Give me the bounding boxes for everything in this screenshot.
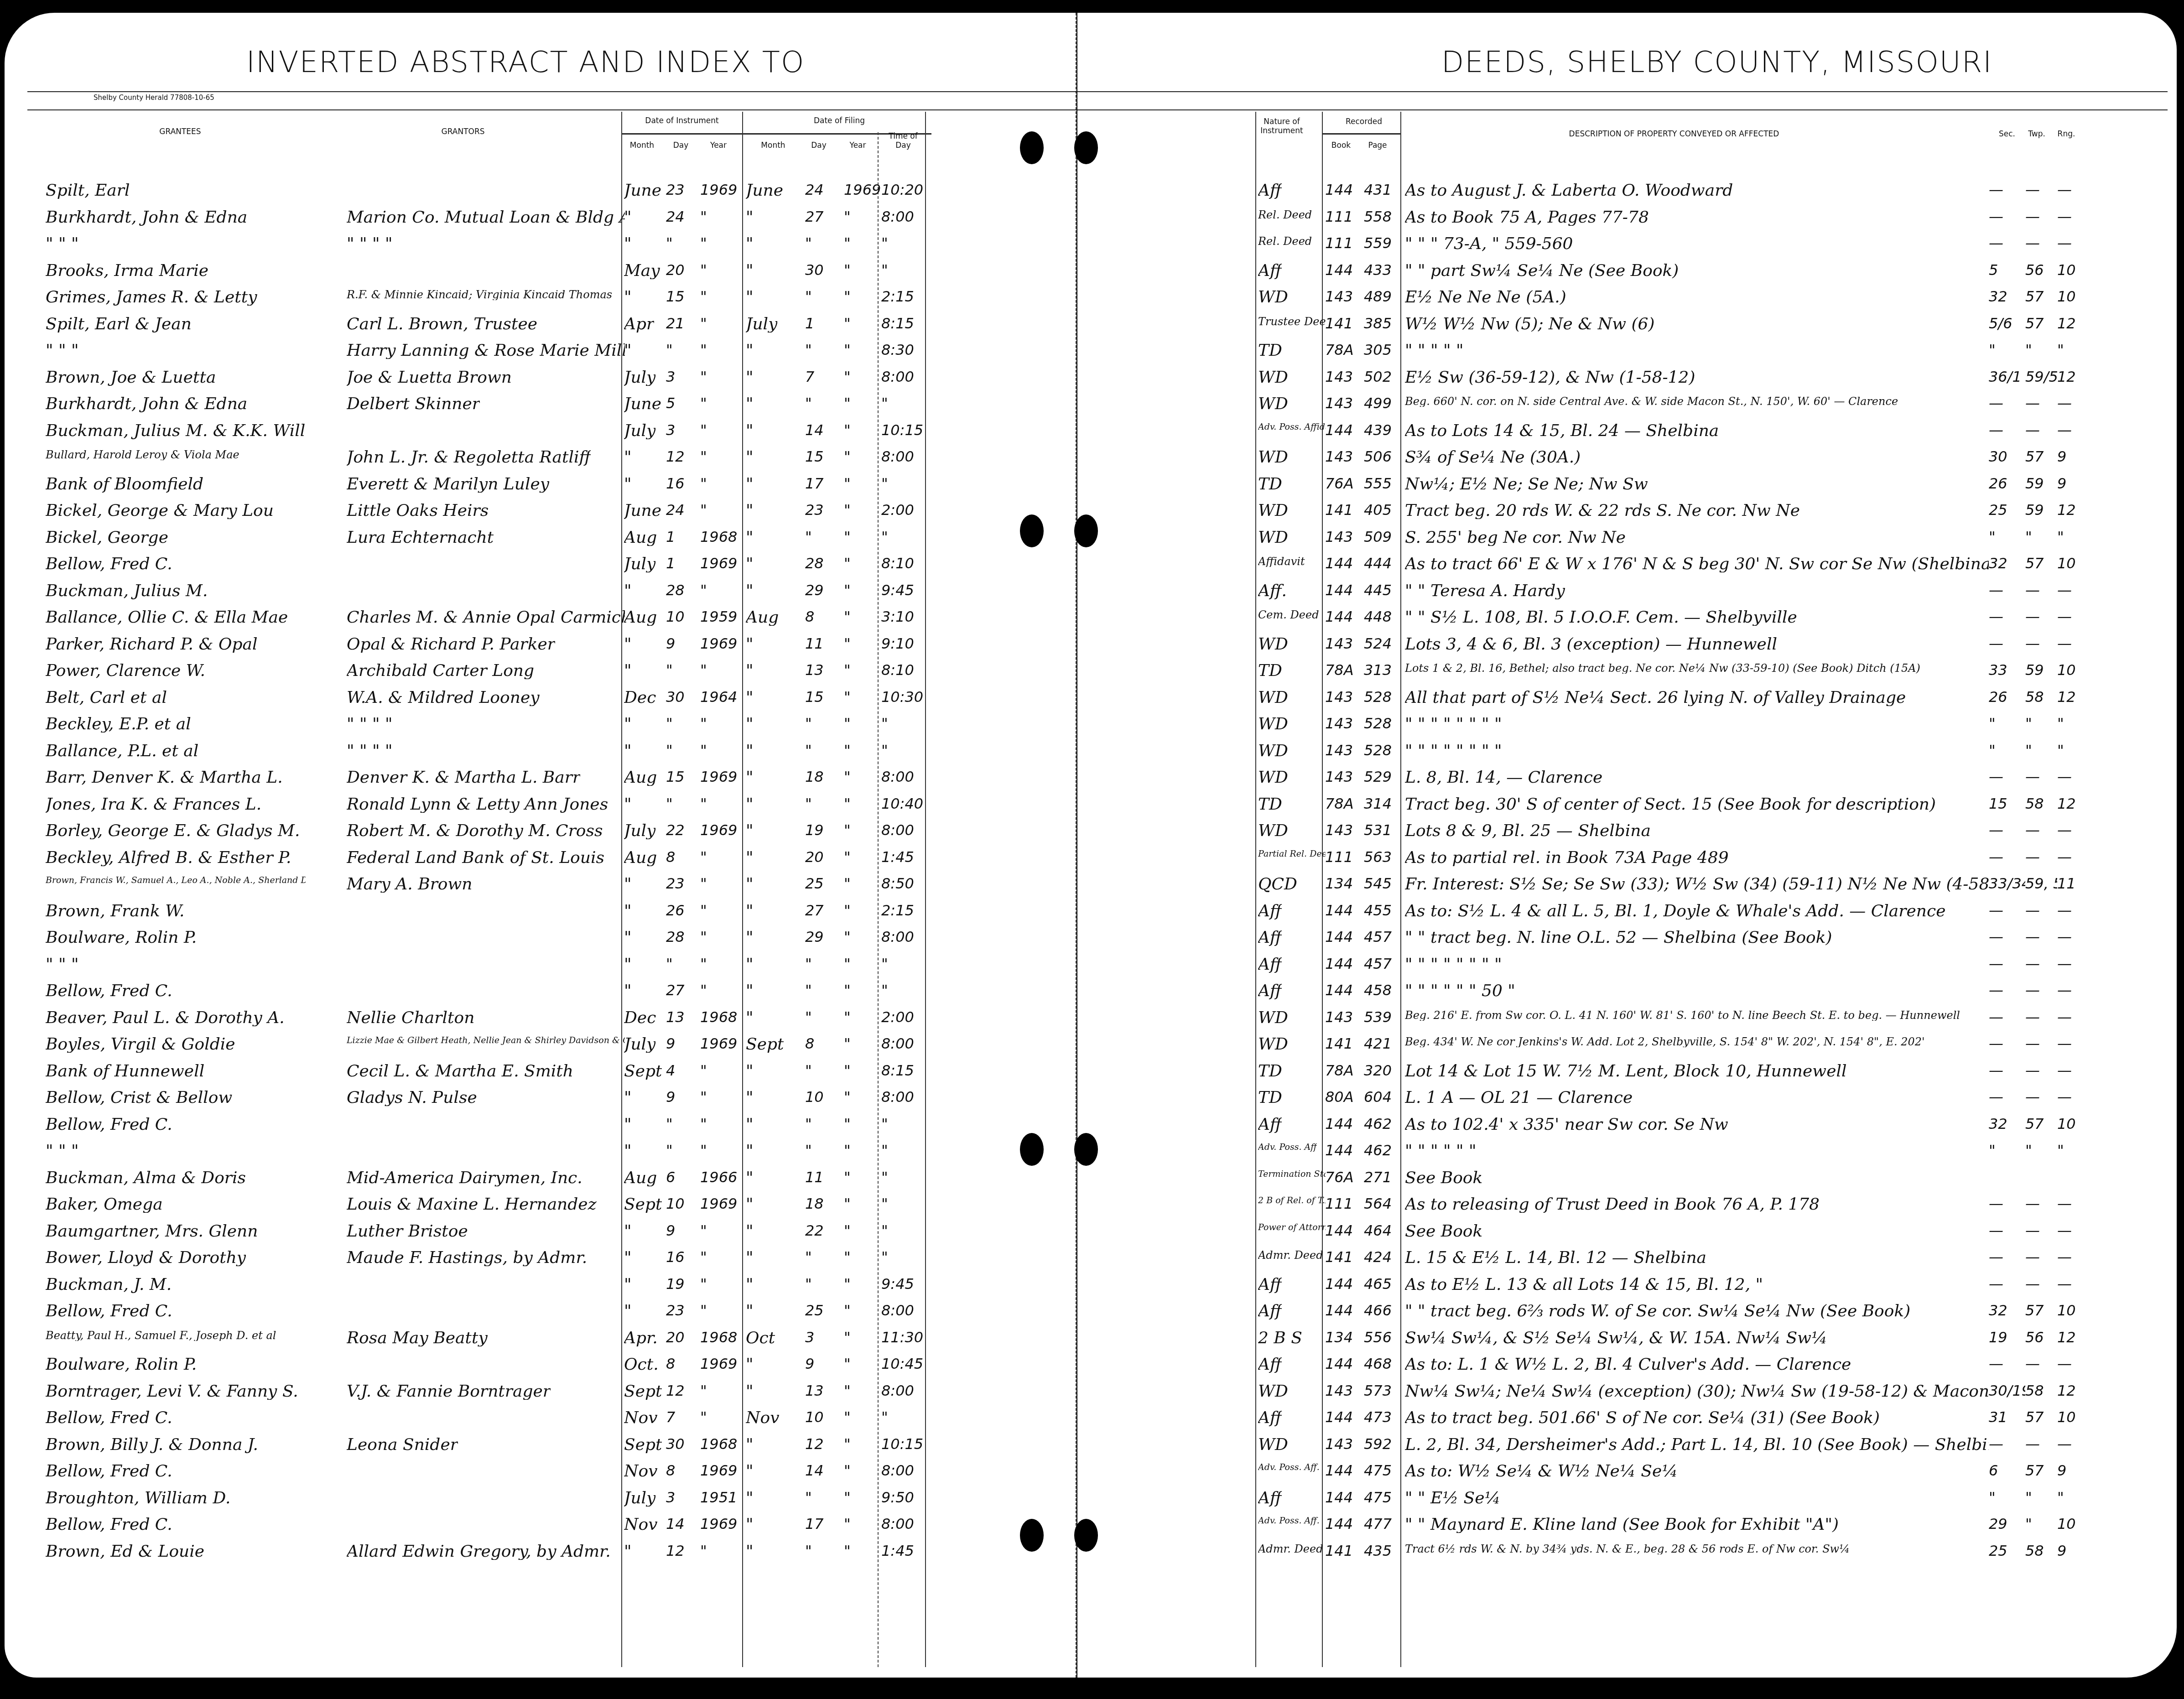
description-cell: L. 2, Bl. 34, Dersheimer's Add.; Part L.… [1405,1437,1989,1453]
filing-day-cell: 25 [805,1303,824,1318]
nature-cell: Adv. Poss. Affidavit [1258,423,1326,431]
page-cell: 539 [1364,1010,1392,1024]
filing-month-cell: " [746,690,754,706]
grantor-cell: Mary A. Brown [347,876,473,893]
filing-year-cell: " [844,1463,851,1478]
instrument-year-cell: " [700,903,707,918]
filing-year-cell: " [844,903,851,918]
sec-cell: 26 [1989,476,2007,491]
filing-month-cell: " [746,1250,754,1266]
rng-header: Rng. [2053,130,2080,139]
description-cell: " " tract beg. 6⅔ rods W. of Se cor. Sw¼… [1405,1303,1910,1320]
time-of-day-cell: " [881,1117,888,1131]
grantee-cell: Ballance, Ollie C. & Ella Mae [46,609,288,626]
book-cell: 134 [1325,1330,1353,1345]
instrument-day-cell: 1 [666,556,675,571]
description-cell: S¾ of Se¼ Ne (30A.) [1405,449,1581,466]
filing-year-cell: " [844,956,851,971]
rng-cell: — [2057,1277,2072,1291]
filing-year-cell: " [844,263,851,277]
instrument-month-cell: " [624,1303,632,1320]
binder-hole [1074,1519,1098,1552]
sec-cell: 25 [1989,1543,2007,1558]
book-cell: 144 [1325,1517,1353,1531]
filing-year-cell: " [844,1490,851,1505]
instrument-month-cell: Nov [624,1517,658,1533]
instrument-month-cell: " [624,1117,632,1133]
nature-cell: Aff [1258,903,1282,920]
rng-cell: — [2057,609,2072,624]
instrument-year-cell: " [700,316,707,331]
twp-cell: — [2025,423,2040,437]
time-of-day-cell: " [881,1410,888,1424]
filing-day-cell: " [805,343,812,357]
page-cell: 314 [1364,796,1392,811]
sec-cell: — [1989,1250,2003,1264]
instrument-month-cell: " [624,796,632,813]
book-cell: 143 [1325,1383,1353,1398]
instrument-day-cell: 20 [666,263,685,277]
filing-year-cell: " [844,636,851,651]
filing-day-cell: " [805,1277,812,1291]
time-of-day-cell: " [881,263,888,277]
instrument-month-cell: May [624,263,660,279]
instrument-year-cell: " [700,983,707,998]
description-cell: " " Maynard E. Kline land (See Book for … [1405,1517,1839,1533]
instrument-month-cell: " [624,583,632,599]
time-of-day-cell: 2:00 [881,1010,914,1024]
time-of-day-cell: 8:10 [881,556,914,571]
time-of-day-cell: 2:15 [881,903,914,918]
twp-cell: 59 [2025,663,2044,677]
twp-cell: — [2025,182,2040,197]
instrument-day-cell: " [666,1117,673,1131]
instrument-month-cell: " [624,663,632,679]
filing-day-cell: " [805,956,812,971]
page-cell: 457 [1364,956,1392,971]
sec-cell: — [1989,1090,2003,1104]
rng-cell: 11 [2057,876,2076,891]
description-cell: As to releasing of Trust Deed in Book 76… [1405,1196,1820,1213]
page-cell: 604 [1364,1090,1392,1104]
grantor-cell: Nellie Charlton [347,1010,474,1026]
instrument-day-cell: " [666,743,673,758]
instrument-day-cell: 1 [666,530,675,544]
grantor-cell: Leona Snider [347,1437,458,1453]
filing-month-cell: " [746,983,754,999]
filing-day-cell: " [805,796,812,811]
twp-cell: " [2025,1143,2032,1158]
grantee-cell: Brown, Ed & Louie [46,1543,204,1560]
instrument-month-cell: " [624,983,632,999]
filing-month-cell: " [746,396,754,412]
sec-header: Sec. [1993,130,2021,139]
instrument-month-cell: " [624,209,632,226]
filing-day-cell: 30 [805,263,824,277]
book-cell: 141 [1325,1543,1353,1558]
rng-cell: — [2057,1356,2072,1371]
instrument-day-cell: 9 [666,636,675,651]
filing-year-cell: " [844,476,851,491]
instrument-year-cell: " [700,1090,707,1104]
grantee-cell: Bellow, Fred C. [46,1303,172,1320]
instrument-year-cell: 1968 [700,530,737,544]
page-cell: 473 [1364,1410,1392,1424]
filing-year-cell: " [844,823,851,837]
rng-cell: " [2057,1490,2064,1505]
rng-cell: 10 [2057,1410,2076,1424]
page-cell: 313 [1364,663,1392,677]
instrument-day-cell: 3 [666,369,675,384]
filing-month-cell: " [746,1063,754,1080]
book-cell: 144 [1325,1410,1353,1424]
description-cell: As to August J. & Laberta O. Woodward [1405,182,1733,199]
nature-cell: WD [1258,716,1288,733]
filing-year-cell: " [844,930,851,944]
book-cell: 144 [1325,1143,1353,1158]
grantee-cell: Buckman, Alma & Doris [46,1170,246,1186]
sec-cell: " [1989,343,1996,357]
instrument-month-cell: " [624,289,632,306]
grantee-cell: Spilt, Earl [46,182,130,199]
page-cell: 524 [1364,636,1392,651]
filing-month-cell: " [746,1356,754,1373]
filing-year-cell: " [844,1277,851,1291]
filing-day-cell: " [805,1117,812,1131]
sec-cell: 30 [1989,449,2007,464]
header-rule [27,109,1076,110]
description-cell: E½ Ne Ne Ne (5A.) [1405,289,1566,306]
page-cell: 564 [1364,1196,1392,1211]
grantee-cell: Brown, Frank W. [46,903,184,920]
filing-month-cell: " [746,636,754,653]
filing-month-cell: " [746,743,754,759]
book-cell: 143 [1325,369,1353,384]
filing-day-cell: 18 [805,769,824,784]
filing-year-cell: " [844,1010,851,1024]
header-rule [27,91,1076,92]
grantor-cell: Rosa May Beatty [347,1330,488,1346]
filing-day-cell: " [805,530,812,544]
rng-cell: 9 [2057,449,2066,464]
filing-year-cell: " [844,1117,851,1131]
grantor-cell: Marion Co. Mutual Loan & Bldg Assn [347,209,625,226]
page-cell: 556 [1364,1330,1392,1345]
rng-cell: 9 [2057,476,2066,491]
instrument-month-cell: " [624,343,632,359]
page-cell: 545 [1364,876,1392,891]
nature-cell: WD [1258,289,1288,306]
filing-year-cell: " [844,556,851,571]
grantee-cell: Beckley, Alfred B. & Esther P. [46,850,291,866]
grantee-cell: Burkhardt, John & Edna [46,396,247,412]
grantor-cell: Carl L. Brown, Trustee [347,316,537,333]
time-of-day-cell: 2:15 [881,289,914,304]
page-cell: 558 [1364,209,1392,224]
grantee-cell: Belt, Carl et al [46,690,167,706]
recorded-header-rule [1323,133,1400,135]
sec-cell: " [1989,530,1996,544]
filing-day-cell: 15 [805,690,824,704]
filing-day-cell: 24 [805,182,824,197]
instrument-day-cell: 4 [666,1063,675,1078]
nature-cell: Adv. Poss. Aff. [1258,1463,1320,1472]
page-cell: 502 [1364,369,1392,384]
filing-day-cell: 10 [805,1090,824,1104]
grantee-cell: Grimes, James R. & Letty [46,289,257,306]
instrument-month-cell: Sept [624,1063,662,1080]
description-cell: L. 8, Bl. 14, — Clarence [1405,769,1602,786]
description-cell: Nw¼; E½ Ne; Se Ne; Nw Sw [1405,476,1648,493]
filing-day-cell: 17 [805,476,824,491]
description-cell: Lots 1 & 2, Bl. 16, Bethel; also tract b… [1405,663,1920,674]
instrument-month-cell: Oct. [624,1356,659,1373]
filing-day-cell: 29 [805,583,824,598]
grantee-cell: Spilt, Earl & Jean [46,316,192,333]
filing-month-cell: " [746,423,754,439]
twp-cell: — [2025,209,2040,224]
filing-month-cell: June [746,182,783,199]
instrument-year-cell: 1966 [700,1170,737,1185]
nature-cell: 2 B of Rel. of T.D. [1258,1196,1326,1205]
page-cell: 464 [1364,1223,1392,1238]
sec-cell: — [1989,236,2003,250]
filing-month-cell: " [746,1463,754,1480]
page-cell: 477 [1364,1517,1392,1531]
time-of-day-cell: 8:00 [881,930,914,944]
sec-cell: 36/1 [1989,369,2022,384]
sec-cell: — [1989,1437,2003,1451]
instrument-month-cell: Dec [624,1010,656,1026]
filing-day-cell: " [805,1490,812,1505]
sec-cell: — [1989,1356,2003,1371]
description-cell: " " " 73-A, " 559-560 [1405,236,1573,252]
page-cell: 448 [1364,609,1392,624]
rng-cell: — [2057,396,2072,410]
instrument-year-cell: 1969 [700,1463,737,1478]
nature-cell: WD [1258,636,1288,653]
instrument-month-cell: June [624,182,661,199]
description-cell: " " " " " " " " [1405,716,1502,733]
filing-day-cell: " [805,396,812,410]
filing-year-cell: " [844,1303,851,1318]
instrument-year-cell: " [700,369,707,384]
time-of-day-cell: 3:10 [881,609,914,624]
twp-cell: 57 [2025,289,2044,304]
description-cell: " " Teresa A. Hardy [1405,583,1565,599]
grantee-cell: Boulware, Rolin P. [46,930,197,946]
book-cell: 143 [1325,449,1353,464]
description-cell: " " E½ Se¼ [1405,1490,1500,1507]
grantee-cell: Bellow, Fred C. [46,1517,172,1533]
page-cell: 489 [1364,289,1392,304]
grantee-cell: Buckman, Julius M. & K.K. Willis [46,423,306,439]
grantor-cell: Harry Lanning & Rose Marie Miller [347,343,625,359]
instrument-month-cell: " [624,476,632,493]
filing-day-cell: " [805,1063,812,1078]
description-cell: " " tract beg. N. line O.L. 52 — Shelbin… [1405,930,1832,946]
grantee-cell: Borntrager, Levi V. & Fanny S. [46,1383,298,1400]
book-cell: 144 [1325,609,1353,624]
filing-year-cell: " [844,663,851,677]
book-cell: 144 [1325,956,1353,971]
instrument-day-cell: 8 [666,1463,675,1478]
filing-year-cell: " [844,1063,851,1078]
column-divider [1322,112,1323,1667]
page-cell: 499 [1364,396,1392,410]
rng-cell: 10 [2057,289,2076,304]
grantor-cell: Denver K. & Martha L. Barr [347,769,580,786]
twp-cell: 58 [2025,1543,2044,1558]
page-cell: 509 [1364,530,1392,544]
description-cell: " " part Sw¼ Se¼ Ne (See Book) [1405,263,1679,279]
filing-year-cell: " [844,583,851,598]
book-cell: 143 [1325,690,1353,704]
filing-day-cell: 15 [805,449,824,464]
instrument-year-cell: " [700,1117,707,1131]
book-cell: 78A [1325,343,1354,357]
nature-cell: Aff [1258,1410,1282,1426]
twp-cell: " [2025,1490,2032,1505]
nature-cell: WD [1258,1036,1288,1053]
sec-cell: 33/34, 4 [1989,876,2025,891]
grantee-cell: Bellow, Fred C. [46,1463,172,1480]
description-cell: " " " " " " [1405,1143,1477,1159]
filing-month-cell: " [746,796,754,813]
instrument-year-cell: 1968 [700,1437,737,1451]
instrument-year-cell: " [700,583,707,598]
filing-month-cell: " [746,850,754,866]
twp-cell: 57 [2025,316,2044,331]
grantee-cell: Baumgartner, Mrs. Glenn [46,1223,258,1240]
filing-day-cell: 11 [805,1170,824,1185]
page-cell: 462 [1364,1143,1392,1158]
description-cell: Tract beg. 20 rds W. & 22 rds S. Ne cor.… [1405,503,1800,519]
grantor-cell: Mid-America Dairymen, Inc. [347,1170,582,1186]
recorded-header: Recorded [1339,118,1389,127]
instrument-month-cell: Nov [624,1463,658,1480]
filing-month-cell: " [746,289,754,306]
instrument-year-cell: " [700,1543,707,1558]
nature-cell: WD [1258,823,1288,839]
twp-cell: — [2025,850,2040,864]
instrument-day-cell: 9 [666,1223,675,1238]
page-cell: 435 [1364,1543,1392,1558]
grantor-cell: Archibald Carter Long [347,663,534,679]
book-cell: 78A [1325,663,1354,677]
grantee-cell: Bank of Hunnewell [46,1063,204,1080]
description-cell: " " " " " " " " [1405,743,1502,759]
instrument-year-cell: " [700,663,707,677]
twp-cell: — [2025,1063,2040,1078]
grantee-cell: Power, Clarence W. [46,663,205,679]
grantees-header: GRANTEES [151,128,210,137]
instrument-month-cell: " [624,743,632,759]
instrument-month-cell: Sept [624,1383,662,1400]
rng-cell: — [2057,1063,2072,1078]
instrument-year-cell: " [700,503,707,517]
instrument-month-cell: " [624,1143,632,1159]
instrument-day-cell: 19 [666,1277,685,1291]
twp-cell: — [2025,956,2040,971]
sec-cell: — [1989,1063,2003,1078]
filing-day-cell: 27 [805,209,824,224]
filing-month-cell: " [746,1543,754,1560]
filing-month-cell: " [746,1117,754,1133]
page-cell: 528 [1364,743,1392,758]
instrument-month-cell: " [624,636,632,653]
instrument-day-cell: 16 [666,476,685,491]
twp-cell: — [2025,609,2040,624]
time-of-day-cell: " [881,1196,888,1211]
grantor-cell: Gladys N. Pulse [347,1090,477,1106]
filing-day-cell: 13 [805,663,824,677]
filing-month-cell: July [746,316,777,333]
instrument-year-cell: " [700,956,707,971]
twp-cell: — [2025,1223,2040,1238]
time-of-day-cell: 8:00 [881,1303,914,1318]
filing-month-cell: " [746,236,754,252]
rng-cell: 12 [2057,316,2076,331]
filing-month-cell: " [746,1090,754,1106]
filing-year-cell: " [844,236,851,250]
filing-month-cell: " [746,876,754,893]
filing-year-cell: " [844,1330,851,1345]
instrument-year-cell: " [700,396,707,410]
filing-day-cell: " [805,1010,812,1024]
rng-cell: 12 [2057,503,2076,517]
twp-cell: — [2025,1196,2040,1211]
nature-cell: Power of Attorney [1258,1223,1326,1232]
twp-cell: " [2025,343,2032,357]
time-of-day-cell: 1:45 [881,850,914,864]
grantee-cell: " " " [46,1143,79,1159]
rng-cell: — [2057,1196,2072,1211]
instrument-year-cell: " [700,289,707,304]
twp-cell: 59 [2025,476,2044,491]
instrument-year-cell: 1969 [700,769,737,784]
filing-month-cell: " [746,1517,754,1533]
filing-year-cell: " [844,423,851,437]
grantee-cell: Parker, Richard P. & Opal [46,636,258,653]
description-cell: All that part of S½ Ne¼ Sect. 26 lying N… [1405,690,1906,706]
book-cell: 144 [1325,903,1353,918]
instrument-month-cell: July [624,369,655,386]
time-of-day-cell: 8:00 [881,769,914,784]
twp-cell: 58 [2025,690,2044,704]
instrument-day-cell: 12 [666,1543,685,1558]
rng-cell: 12 [2057,796,2076,811]
filing-day-cell: 11 [805,636,824,651]
rng-cell: — [2057,1223,2072,1238]
sec-cell: 5/6 [1989,316,2012,331]
description-cell: Tract 6½ rds W. & N. by 34¾ yds. N. & E.… [1405,1543,1850,1554]
time-of-day-cell: 8:15 [881,316,914,331]
inst-year-header: Year [698,141,739,151]
rng-cell: " [2057,716,2064,731]
filing-year-cell: " [844,369,851,384]
sec-cell: 26 [1989,690,2007,704]
header-rule [1077,109,2168,110]
grantee-cell: Brooks, Irma Marie [46,263,208,279]
page-cell: 320 [1364,1063,1392,1078]
time-of-day-cell: 9:45 [881,583,914,598]
instrument-month-cell: " [624,903,632,920]
book-cell: 144 [1325,930,1353,944]
instrument-month-cell: Aug [624,1170,657,1186]
filing-day-cell: " [805,983,812,998]
grantee-cell: Bickel, George & Mary Lou [46,503,274,519]
